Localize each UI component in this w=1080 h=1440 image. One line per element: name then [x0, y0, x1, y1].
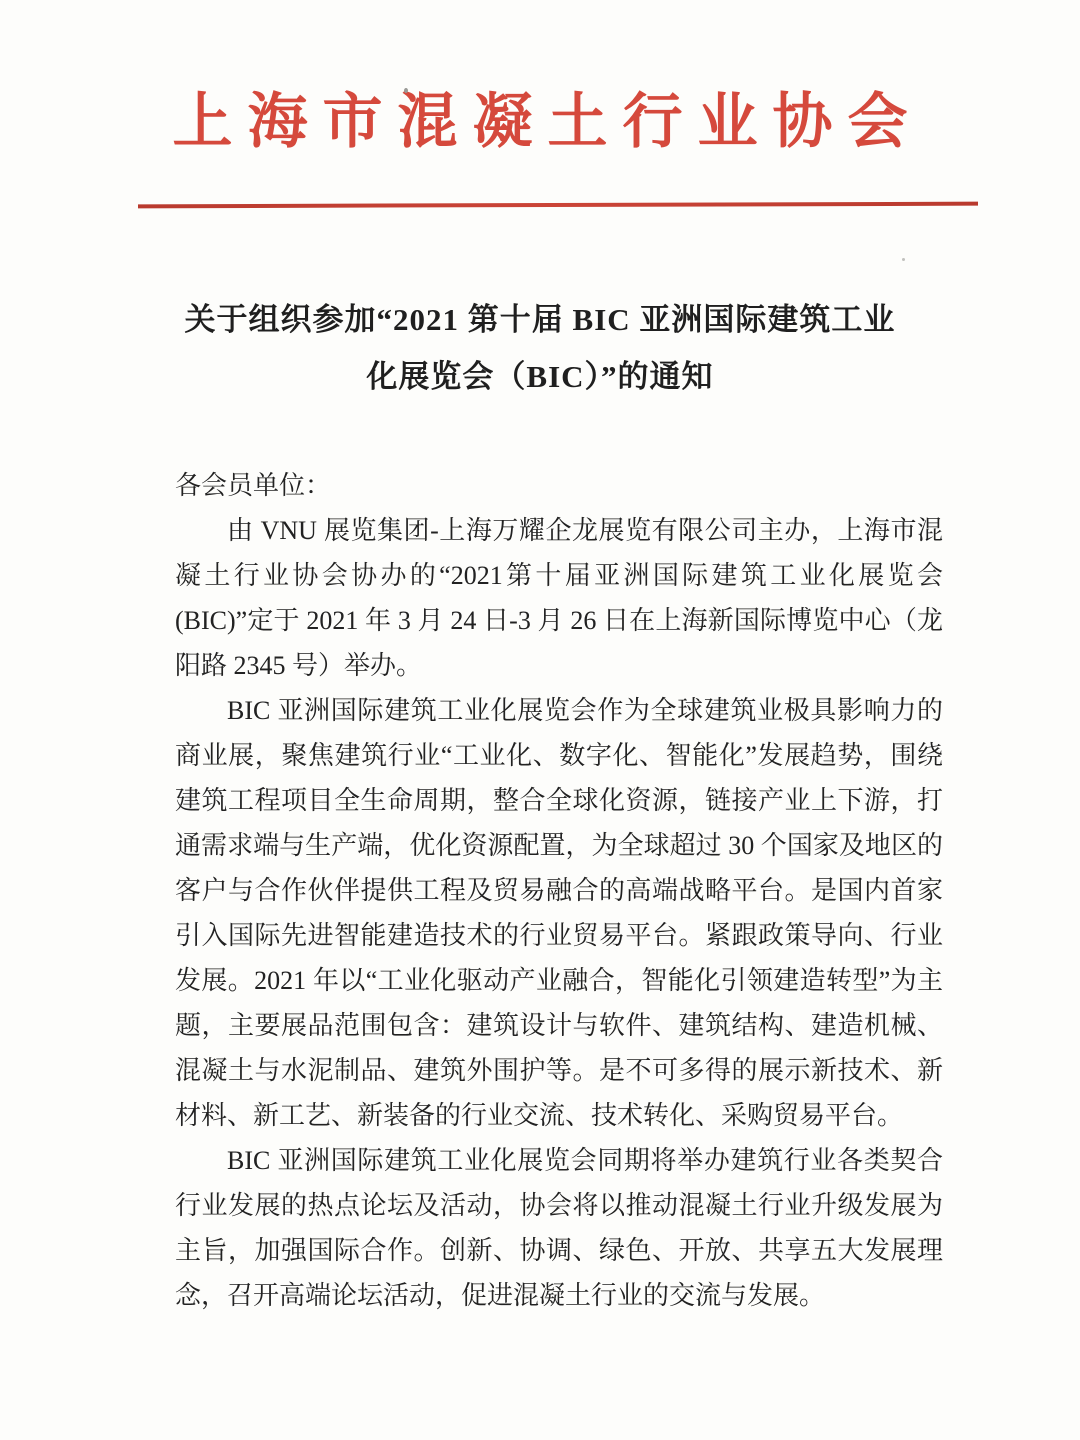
notice-body: 各会员单位： 由 VNU 展览集团-上海万耀企龙展览有限公司主办，上海市混凝土行… — [175, 463, 943, 1318]
notice-title: 关于组织参加“2021 第十届 BIC 亚洲国际建筑工业 化展览会（BIC）”的… — [0, 291, 1080, 405]
scan-speck — [902, 258, 905, 261]
document-page: 上海市混凝土行业协会 关于组织参加“2021 第十届 BIC 亚洲国际建筑工业 … — [0, 0, 1080, 1440]
paragraph-event-info: 由 VNU 展览集团-上海万耀企龙展览有限公司主办，上海市混凝土行业协会协办的“… — [175, 508, 943, 688]
paragraph-forum-info: BIC 亚洲国际建筑工业化展览会同期将举办建筑行业各类契合行业发展的热点论坛及活… — [175, 1138, 943, 1318]
notice-title-line2: 化展览会（BIC）”的通知 — [366, 359, 713, 394]
org-name-title: 上海市混凝土行业协会 — [0, 82, 1080, 163]
paragraph-exhibition-intro: BIC 亚洲国际建筑工业化展览会作为全球建筑业极具影响力的商业展，聚焦建筑行业“… — [175, 688, 943, 1138]
letterhead-rule — [138, 202, 978, 209]
notice-title-line1: 关于组织参加“2021 第十届 BIC 亚洲国际建筑工业 — [185, 302, 896, 337]
salutation: 各会员单位： — [175, 463, 943, 508]
scan-speck — [404, 88, 408, 93]
letterhead: 上海市混凝土行业协会 — [0, 0, 1080, 207]
